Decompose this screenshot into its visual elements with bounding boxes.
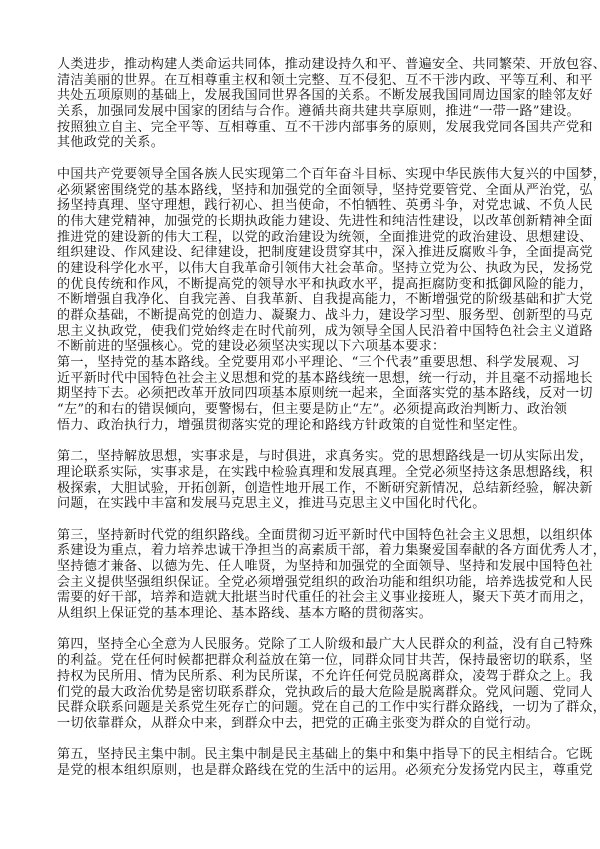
- paragraph-intro-foreign-relations: 人类进步，推动构建人类命运共同体，推动建设持久和平、普遍安全、共同繁荣、开放包容…: [57, 57, 547, 151]
- text-line: 组织建设、作风建设、纪律建设，把制度建设贯穿其中，深入推进反腐败斗争，全面提高党: [57, 245, 547, 261]
- text-line: 人类进步，推动构建人类命运共同体，推动建设持久和平、普遍安全、共同繁荣、开放包容…: [57, 57, 547, 73]
- text-line: 必须紧密围绕党的基本路线，坚持和加强党的全面领导，坚持党要管党、全面从严治党，弘: [57, 183, 547, 199]
- requirement-1-line: “左”的和右的错误倾向，要警惕右，但主要是防止“左”。必须提高政治判断力、政治领: [57, 402, 547, 418]
- text-line: 按照独立自主、完全平等、互相尊重、互不干涉内部事务的原则，发展我党同各国共产党和: [57, 120, 547, 136]
- text-line: 不断前进的坚强核心。党的建设必须坚决实现以下六项基本要求：: [57, 339, 547, 355]
- text-line: 不断增强自我净化、自我完善、自我革新、自我提高能力，不断增强党的阶级基础和扩大党: [57, 292, 547, 308]
- text-line: 第三，坚持新时代党的组织路线。全面贯彻习近平新时代中国特色社会主义思想，以组织体: [57, 528, 547, 544]
- text-line: 扬坚持真理、坚守理想，践行初心、担当使命，不怕牺牲、英勇斗争，对党忠诚、不负人民: [57, 198, 547, 214]
- text-line: 是党的根本组织原则，也是群众路线在党的生活中的运用。必须充分发扬党内民主，尊重党: [57, 763, 547, 779]
- text-line: 理论联系实际，实事求是，在实践中检验真理和发展真理。全党必须坚持这条思想路线，积: [57, 465, 547, 481]
- text-line: 第二，坚持解放思想，实事求是，与时俱进，求真务实。党的思想路线是一切从实际出发，: [57, 449, 547, 465]
- text-line: 共处五项原则的基础上，发展我国同世界各国的关系。不断发展我国同周边国家的睦邻友好: [57, 88, 547, 104]
- paragraph-party-building: 中国共产党要领导全国各族人民实现第二个百年奋斗目标、实现中华民族伟大复兴的中国梦…: [57, 167, 547, 434]
- paragraph-requirement-3: 第三，坚持新时代党的组织路线。全面贯彻习近平新时代中国特色社会主义思想，以组织体…: [57, 528, 547, 622]
- text-line: 的伟大建党精神，加强党的长期执政能力建设、先进性和纯洁性建设，以改革创新精神全面: [57, 214, 547, 230]
- text-line: 坚持德才兼备、以德为先、任人唯贤，为坚持和加强党的全面领导、坚持和发展中国特色社: [57, 559, 547, 575]
- text-line: 第四，坚持全心全意为人民服务。党除了工人阶级和最广大人民群众的利益，没有自己特殊: [57, 637, 547, 653]
- requirement-1-line: 期坚持下去。必须把改革开放同四项基本原则统一起来，全面落实党的基本路线，反对一切: [57, 386, 547, 402]
- text-line: 持权为民所用、情为民所系、利为民所谋，不允许任何党员脱离群众，凌驾于群众之上。我: [57, 669, 547, 685]
- text-line: 问题，在实践中丰富和发展马克思主义，推进马克思主义中国化时代化。: [57, 496, 547, 512]
- paragraph-requirement-5: 第五，坚持民主集中制。民主集中制是民主基础上的集中和集中指导下的民主相结合。它既…: [57, 747, 547, 778]
- text-line: 们党的最大政治优势是密切联系群众，党执政后的最大危险是脱离群众。党风问题、党同人: [57, 685, 547, 701]
- requirement-1-line: 近平新时代中国特色社会主义思想和党的基本路线统一思想，统一行动，并且毫不动摇地长: [57, 371, 547, 387]
- text-line: 其他政党的关系。: [57, 135, 547, 151]
- requirement-1-line: 悟力、政治执行力，增强贯彻落实党的理论和路线方针政策的自觉性和坚定性。: [57, 418, 547, 434]
- text-line: 推进党的建设新的伟大工程，以党的政治建设为统领，全面推进党的政治建设、思想建设、: [57, 230, 547, 246]
- text-line: 系建设为重点，着力培养忠诚干净担当的高素质干部，着力集聚爱国奉献的各方面优秀人才…: [57, 543, 547, 559]
- text-line: 从组织上保证党的基本理论、基本路线、基本方略的贯彻落实。: [57, 606, 547, 622]
- text-line: 清洁美丽的世界。在互相尊重主权和领土完整、互不侵犯、互不干涉内政、平等互利、和平: [57, 73, 547, 89]
- text-line: 一切依靠群众，从群众中来，到群众中去，把党的正确主张变为群众的自觉行动。: [57, 716, 547, 732]
- text-line: 关系，加强同发展中国家的团结与合作。遵循共商共建共享原则，推进“一带一路”建设。: [57, 104, 547, 120]
- text-line: 民群众联系问题是关系党生死存亡的问题。党在自己的工作中实行群众路线，一切为了群众…: [57, 700, 547, 716]
- requirement-1-line: 第一，坚持党的基本路线。全党要用邓小平理论、“三个代表”重要思想、科学发展观、习: [57, 355, 547, 371]
- text-line: 极探索，大胆试验，开拓创新，创造性地开展工作，不断研究新情况，总结新经验，解决新: [57, 481, 547, 497]
- paragraph-requirement-4: 第四，坚持全心全意为人民服务。党除了工人阶级和最广大人民群众的利益，没有自己特殊…: [57, 637, 547, 731]
- text-line: 的优良传统和作风，不断提高党的领导水平和执政水平，提高拒腐防变和抵御风险的能力，: [57, 277, 547, 293]
- text-line: 的群众基础，不断提高党的创造力、凝聚力、战斗力，建设学习型、服务型、创新型的马克: [57, 308, 547, 324]
- text-line: 的利益。党在任何时候都把群众利益放在第一位，同群众同甘共苦，保持最密切的联系，坚: [57, 653, 547, 669]
- text-line: 会主义提供坚强组织保证。全党必须增强党组织的政治功能和组织功能，培养选拔党和人民: [57, 575, 547, 591]
- text-line: 思主义执政党，使我们党始终走在时代前列，成为领导全国人民沿着中国特色社会主义道路: [57, 324, 547, 340]
- document-page: 人类进步，推动构建人类命运共同体，推动建设持久和平、普遍安全、共同繁荣、开放包容…: [57, 57, 547, 794]
- text-line: 需要的好干部，培养和造就大批堪当时代重任的社会主义事业接班人，聚天下英才而用之，: [57, 590, 547, 606]
- text-line: 的建设科学化水平，以伟大自我革命引领伟大社会革命。坚持立党为公、执政为民，发扬党: [57, 261, 547, 277]
- text-line: 第五，坚持民主集中制。民主集中制是民主基础上的集中和集中指导下的民主相结合。它既: [57, 747, 547, 763]
- paragraph-requirement-2: 第二，坚持解放思想，实事求是，与时俱进，求真务实。党的思想路线是一切从实际出发，…: [57, 449, 547, 512]
- text-line: 中国共产党要领导全国各族人民实现第二个百年奋斗目标、实现中华民族伟大复兴的中国梦…: [57, 167, 547, 183]
